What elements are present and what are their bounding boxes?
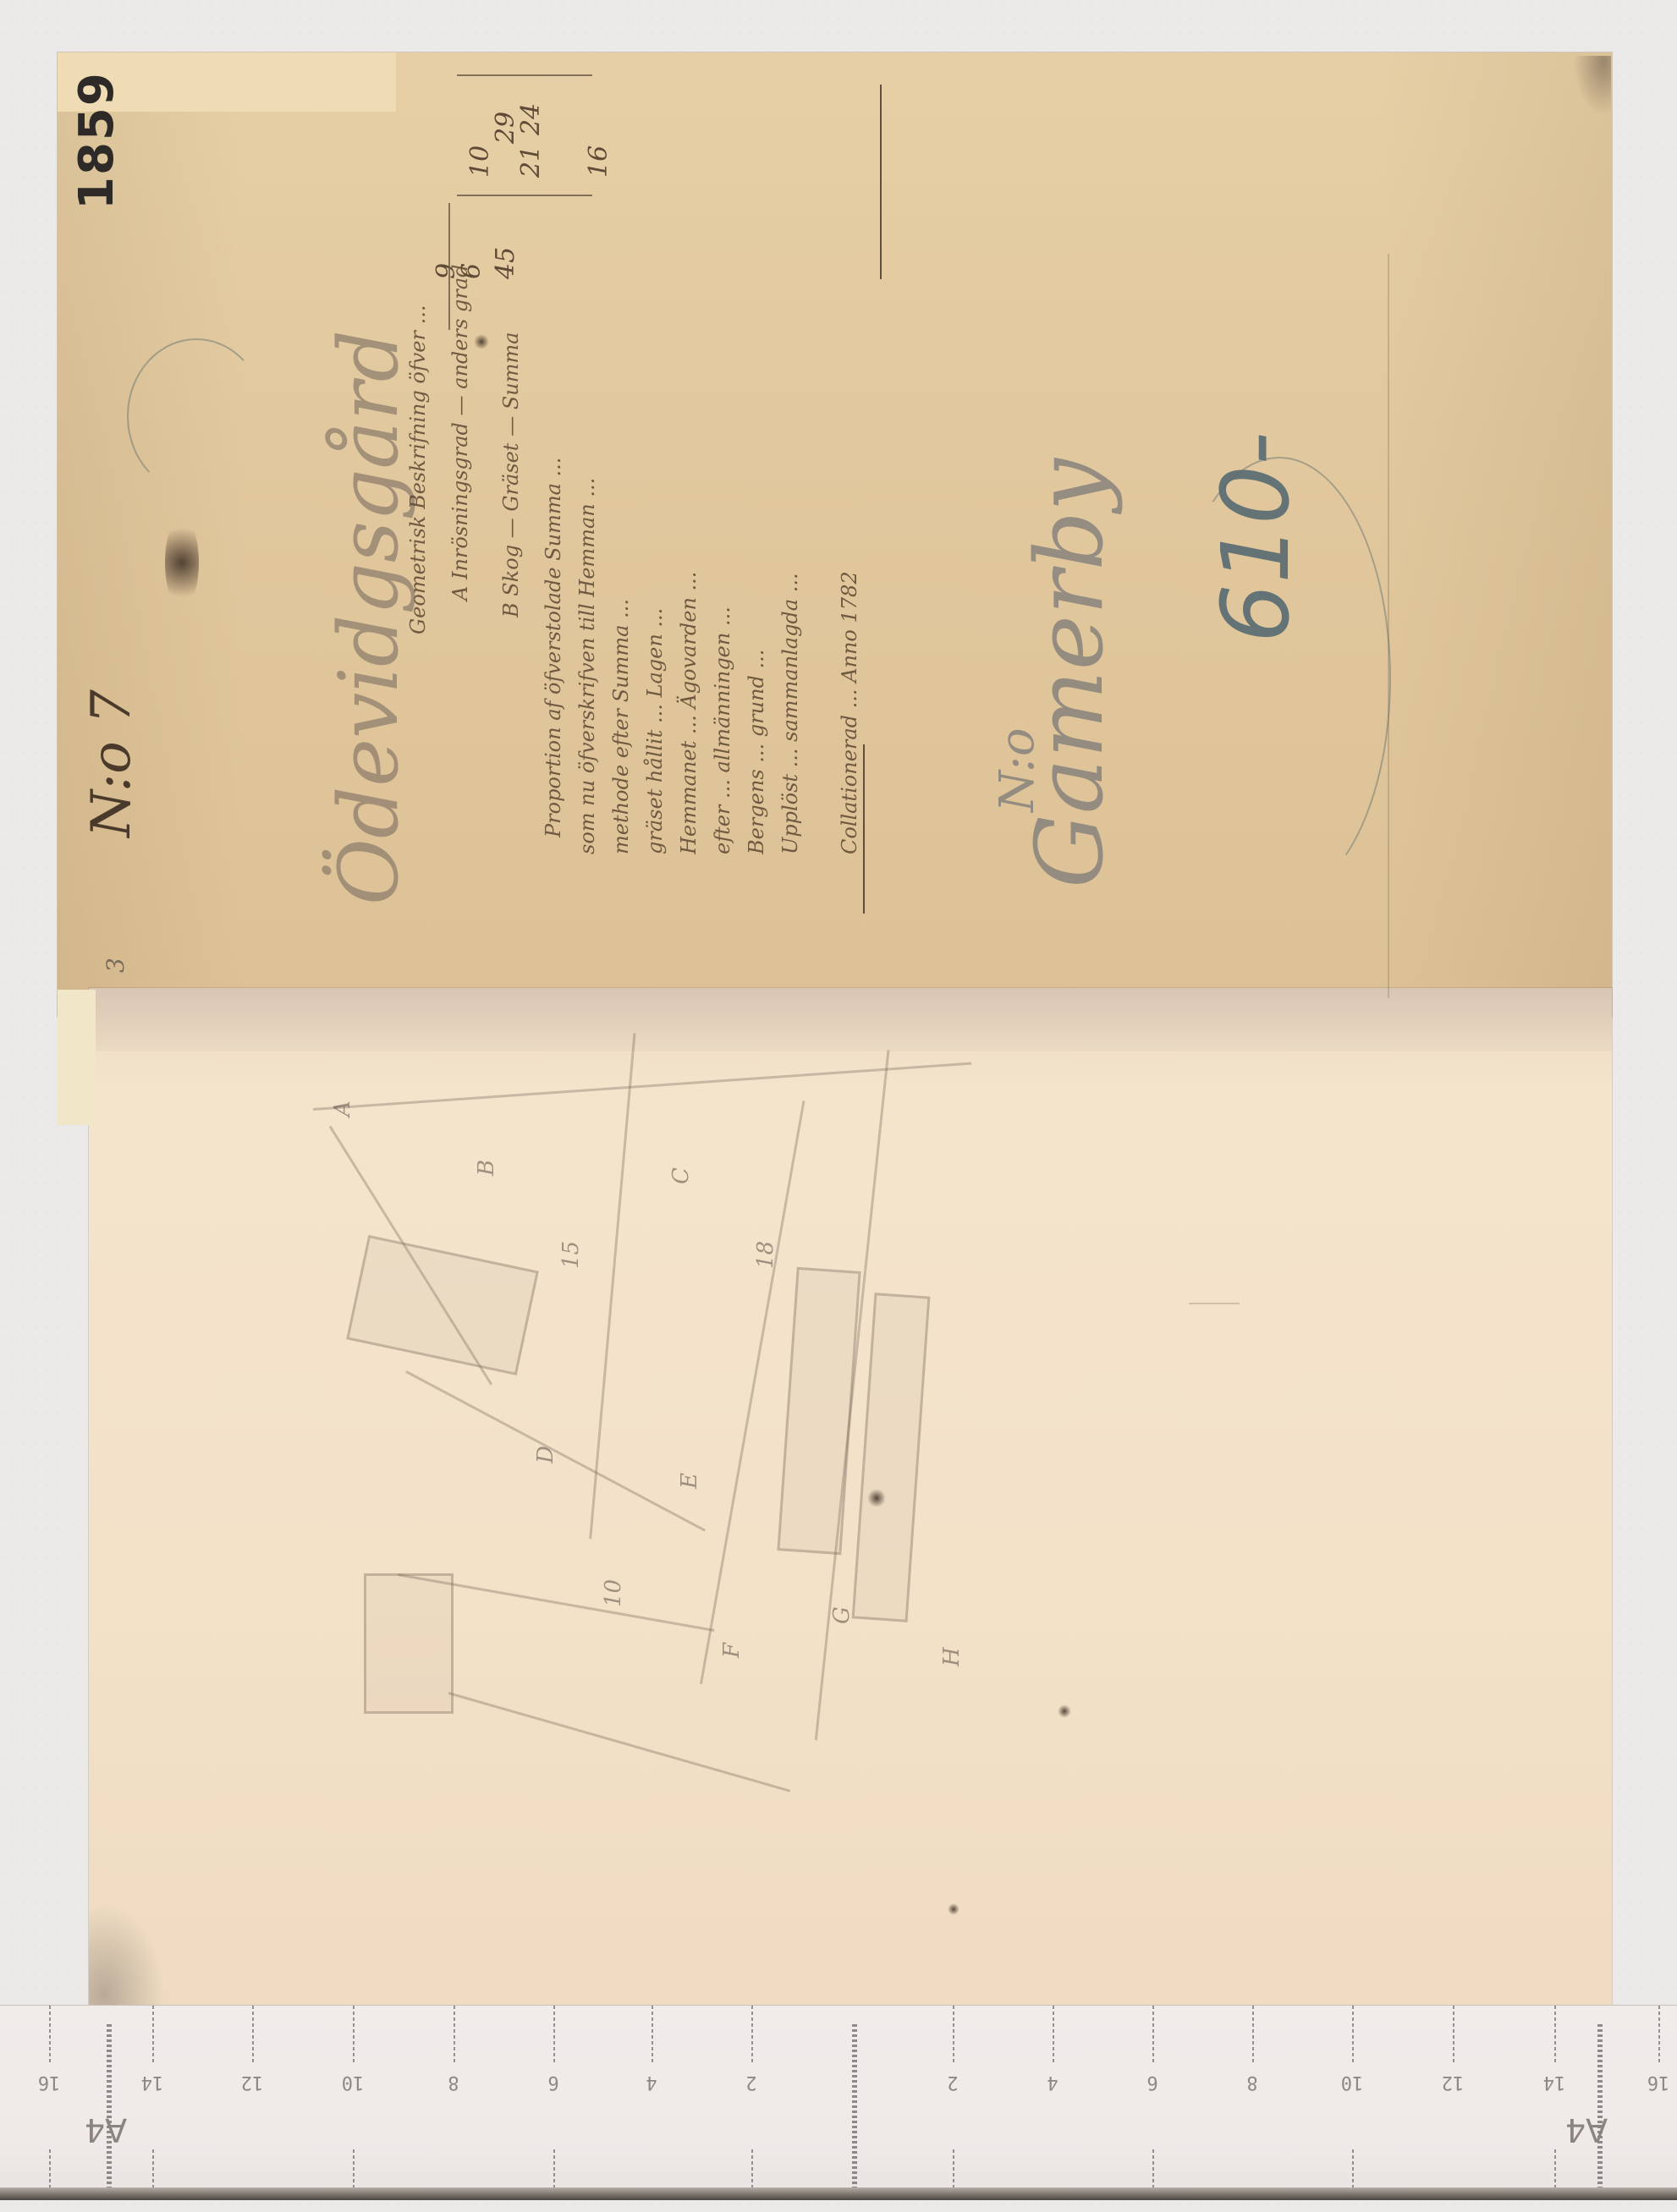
- ruler-center-mark: [107, 2024, 112, 2193]
- ruler-tick: [1152, 2149, 1154, 2192]
- map-label: 10: [601, 1579, 626, 1607]
- text-line: Proportion af öfverstolade Summa ...: [542, 458, 565, 837]
- map-label: B: [474, 1160, 499, 1176]
- ruler-label: 12: [1436, 2072, 1470, 2093]
- map-boundary: [313, 1062, 971, 1111]
- map-label: G: [829, 1606, 855, 1624]
- text-line: Hemmanet ... Ägovarden ...: [677, 572, 701, 854]
- ink-blot: [1058, 1704, 1071, 1718]
- map-parcel: [777, 1267, 860, 1555]
- text-line: methode efter Summa ...: [609, 599, 633, 854]
- ruler-label: 8: [1235, 2072, 1269, 2093]
- ruler-label: 10: [1335, 2072, 1369, 2093]
- pencil-flourish: [1168, 457, 1391, 900]
- map-boundary: [589, 1033, 635, 1539]
- ink-blot: [948, 1903, 959, 1915]
- map-parcel: [346, 1235, 539, 1375]
- table-rule: [457, 74, 592, 76]
- ruler-tick: [751, 2006, 753, 2065]
- text-line: Geometrisk Beskrifning öfver ...: [406, 305, 430, 634]
- ruler-tick: [1152, 2006, 1154, 2065]
- ruler-base: [0, 2187, 1677, 2200]
- ruler-label: 2: [734, 2072, 768, 2093]
- pencil-flourish: [127, 338, 266, 494]
- ruler-tick: [1554, 2006, 1556, 2065]
- ruler-label: 4: [635, 2072, 668, 2093]
- ruler-tick: [353, 2149, 355, 2192]
- ruler-center-mark: [852, 2024, 857, 2193]
- underline-stroke: [880, 85, 882, 279]
- ruler-tick: [454, 2006, 455, 2065]
- text-line: Collationerad ... Anno 1782: [838, 571, 861, 854]
- text-line: gräset hållit ... Lagen ...: [643, 608, 667, 854]
- ruler-tick: [49, 2149, 51, 2192]
- ruler-label: 16: [1641, 2072, 1675, 2093]
- scale-ruler: 16 14 12 10 8 6 4 2 2 4 6 8 10 12 14 16 …: [0, 2005, 1677, 2200]
- text-line: Upplöst ... sammanlagda ...: [778, 573, 802, 854]
- manuscript-body: Geometrisk Beskrifning öfver ... A Inrös…: [398, 161, 922, 922]
- map-label: C: [668, 1167, 694, 1184]
- text-line: efter ... allmänningen ...: [711, 607, 734, 854]
- ruler-tick: [152, 2149, 154, 2192]
- water-stain: [89, 1903, 165, 2005]
- ruler-tick: [1252, 2006, 1254, 2065]
- ruler-format-label-left: A4: [85, 2111, 127, 2149]
- pencil-line: [1388, 254, 1389, 998]
- map-label: F: [719, 1643, 745, 1658]
- place-name-script: Gamerby: [1015, 458, 1124, 888]
- ruler-label: 6: [1135, 2072, 1169, 2093]
- ruler-label: 10: [336, 2072, 370, 2093]
- ruler-tick: [1352, 2006, 1354, 2065]
- ruler-label: 12: [235, 2072, 269, 2093]
- ruler-tick: [553, 2149, 555, 2192]
- map-parcel: [852, 1293, 931, 1622]
- ruler-tick: [1554, 2149, 1556, 2192]
- pencil-mark: [1189, 1303, 1240, 1304]
- ruler-tick: [353, 2006, 355, 2065]
- ruler-tick: [953, 2006, 954, 2065]
- ruler-tick: [1053, 2006, 1054, 2065]
- ruler-tick: [553, 2006, 555, 2065]
- ruler-tick: [751, 2149, 753, 2192]
- map-parcel: [364, 1573, 454, 1714]
- text-line: A Inrösningsgrad — anders grad: [448, 265, 472, 601]
- ruler-tick: [252, 2006, 254, 2065]
- map-label: 18: [753, 1241, 778, 1269]
- ruler-tick: [1453, 2006, 1454, 2065]
- text-line: Bergens ... grund ...: [745, 650, 768, 854]
- text-line: som nu öfverskrifven till Hemman ...: [575, 478, 599, 854]
- ruler-tick: [1352, 2149, 1354, 2192]
- ruler-tick: [1658, 2006, 1660, 2065]
- item-number-label: N:o 7: [80, 689, 143, 837]
- map-label: 15: [558, 1241, 584, 1269]
- underline-stroke: [863, 744, 865, 914]
- corner-stain: [1574, 56, 1611, 115]
- ruler-label: 14: [135, 2072, 169, 2093]
- paper-flap: [58, 990, 96, 1125]
- sketch-map: A B C D E F G H 10 15 18: [279, 1015, 1041, 1819]
- map-label: E: [677, 1473, 702, 1489]
- ruler-tick: [49, 2006, 51, 2065]
- ruler-format-label-right: A4: [1565, 2111, 1608, 2149]
- ruler-label: 16: [32, 2072, 66, 2093]
- ruler-label: 14: [1537, 2072, 1571, 2093]
- ruler-label: 2: [936, 2072, 970, 2093]
- ink-blot: [165, 516, 199, 609]
- ruler-tick: [953, 2149, 954, 2192]
- ruler-tick: [152, 2006, 154, 2065]
- ruler-tick: [652, 2006, 653, 2065]
- ruler-label: 8: [437, 2072, 470, 2093]
- figure-value: 24: [516, 103, 546, 135]
- map-label: H: [939, 1647, 965, 1666]
- ink-blot: [867, 1489, 886, 1507]
- map-boundary: [448, 1692, 791, 1792]
- ruler-label: 4: [1036, 2072, 1069, 2093]
- ruler-label: 6: [536, 2072, 570, 2093]
- text-line: B Skog — Gräset — Summa: [499, 332, 523, 617]
- archive-number: 1859: [69, 71, 124, 210]
- ruler-center-mark: [1597, 2024, 1603, 2193]
- margin-number: 3: [102, 958, 129, 973]
- map-label: D: [533, 1446, 558, 1463]
- map-label: A: [330, 1101, 355, 1117]
